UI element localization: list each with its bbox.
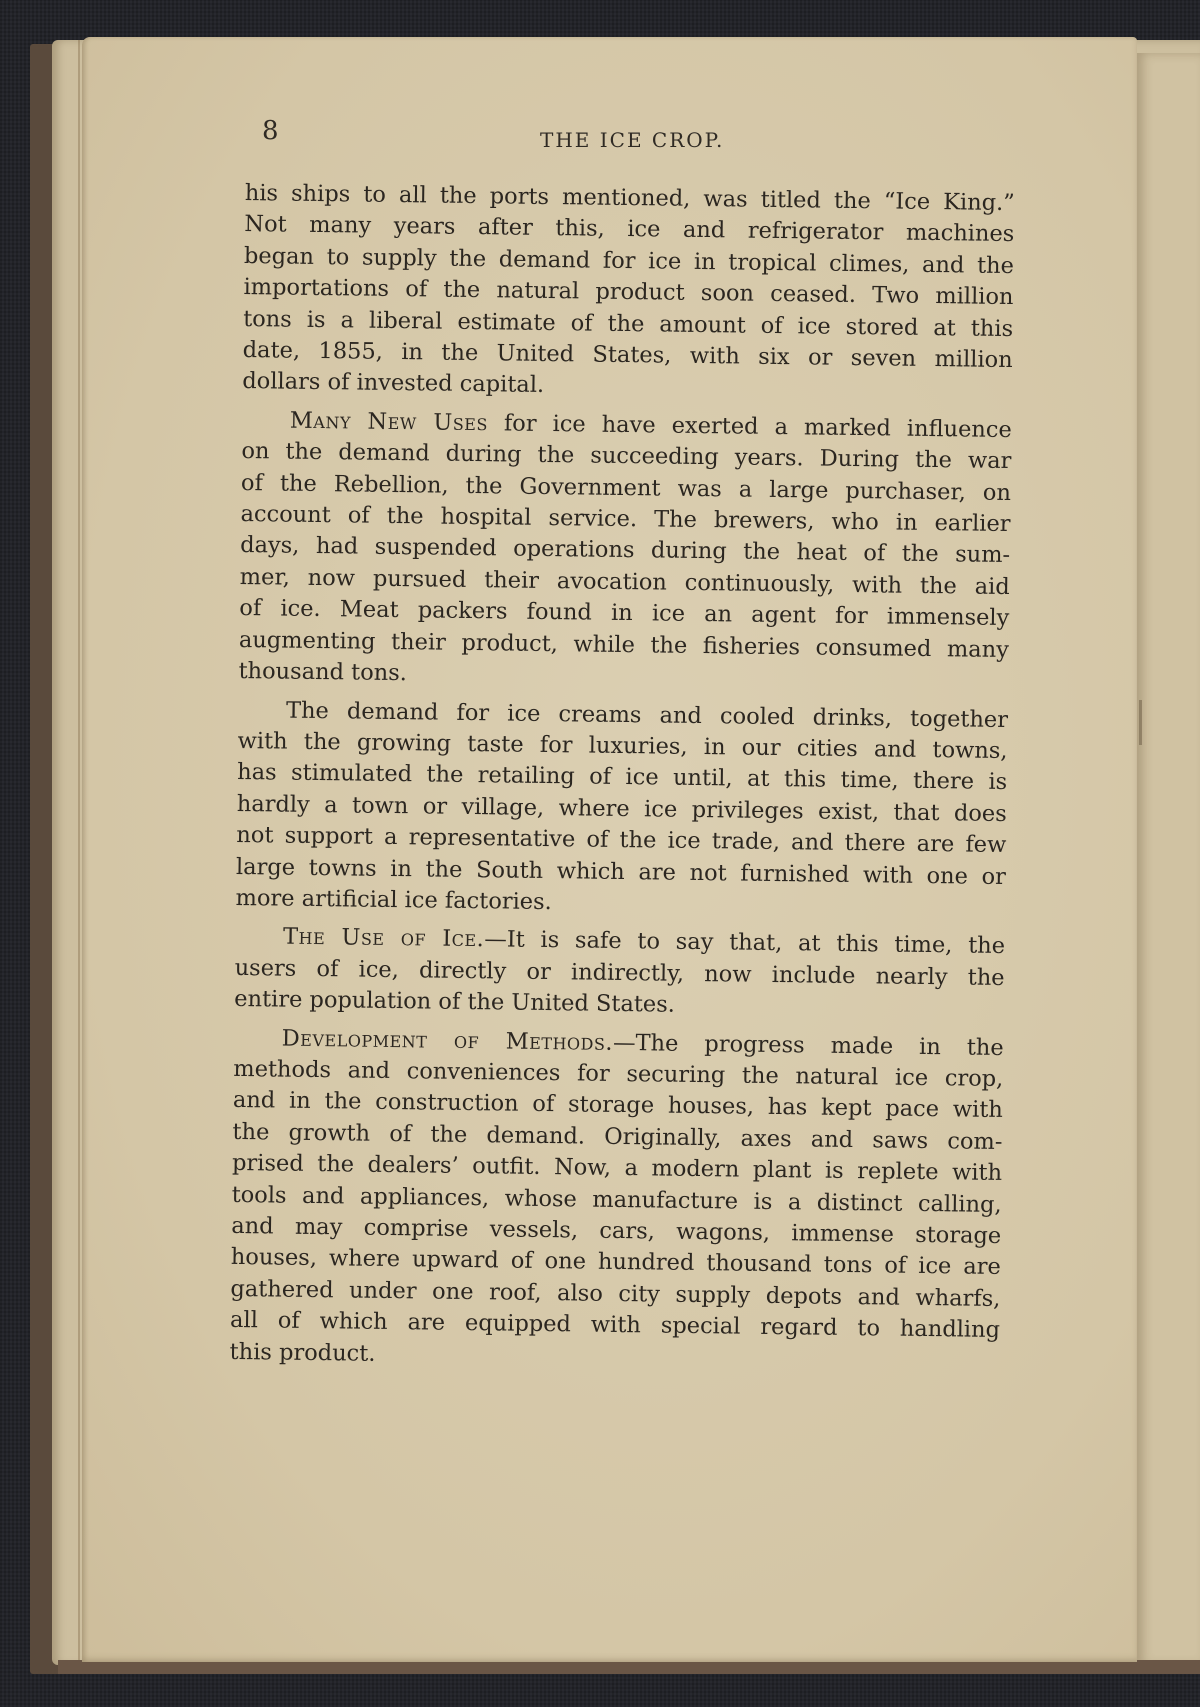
book-bottom-edge — [58, 1660, 1200, 1674]
facing-page-edge — [1137, 53, 1200, 1665]
paragraph-many-new-uses: Many New Uses for ice have exerted a mar… — [238, 405, 1012, 698]
section-heading: Development of Methods. — [282, 1025, 614, 1055]
running-head: THE ICE CROP. — [540, 128, 724, 152]
section-heading: Many New Uses — [290, 407, 488, 436]
section-heading: The Use of Ice. — [283, 924, 485, 953]
paragraph-1: his ships to all the ports mentioned, wa… — [242, 178, 1015, 408]
facing-page-mark — [1139, 700, 1142, 745]
paragraph-development-of-methods: Development of Methods.—The progress mad… — [229, 1022, 1003, 1378]
paragraph-use-of-ice: The Use of Ice.—It is safe to say that, … — [234, 921, 1005, 1025]
page-number: 8 — [262, 116, 279, 146]
body-text: his ships to all the ports mentioned, wa… — [229, 178, 1015, 1385]
paragraph-demand: The demand for ice creams and cooled dri… — [235, 694, 1008, 924]
